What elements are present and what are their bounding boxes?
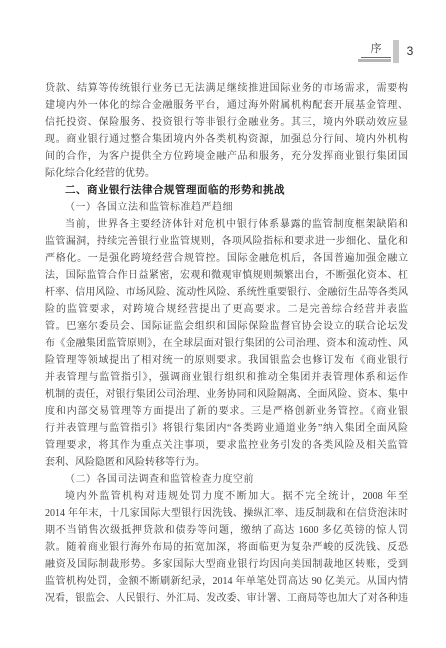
text-line: 际化综合化经营的优势。 — [45, 165, 408, 182]
text-line: 间的合作，为客户提供全方位跨境金融产品和服务，充分发挥商业银行集团国 — [45, 148, 408, 165]
header-rule-thin — [361, 57, 391, 58]
text-line: 管。巴塞尔委员会、国际证监会组织和国际保险监督官协会设立的联合论坛发 — [45, 318, 408, 335]
text-line: 现。商业银行通过整合集团境内外各类机构资源，加强总分行间、境内外机构 — [45, 131, 408, 148]
page-number: 3 — [402, 43, 418, 59]
text-line: 况看，银监会、人民银行、外汇局、发改委、审计署、工商局等也加大了对各种违 — [45, 590, 408, 607]
text-line: 贷款、结算等传统银行业务已无法满足继续推进国际业务的市场需求，需要构 — [45, 80, 408, 97]
header-rule-thick — [358, 59, 391, 62]
page-body: 贷款、结算等传统银行业务已无法满足继续推进国际业务的市场需求，需要构建境内外一体… — [45, 80, 408, 607]
text-line: 杆率、信用风险、市场风险、流动性风险、系统性重要银行、金融衍生品等各类风 — [45, 284, 408, 301]
running-head: 序 — [358, 42, 391, 62]
text-line: 法，国际监管合作日益紧密，宏观和微观审慎规则频繁出台，不断强化资本、杠 — [45, 267, 408, 284]
text-line: 监管机构处罚，金额不断刷新纪录，2014 年单笔处罚高达 90 亿美元。从国内情 — [45, 573, 408, 590]
text-line: 境内外监管机构对违规处罚力度不断加大。据不完全统计，2008 年至 — [45, 488, 408, 505]
text-line: 2014 年年末，十几家国际大型银行因洗钱、操纵汇率、违反制裁和在信贷泡沫时 — [45, 505, 408, 522]
subsection-heading: （一）各国立法和监管标准趋严趋细 — [45, 199, 408, 216]
header-divider-bar — [393, 40, 399, 63]
text-line: 融资及国际制裁形势。多家国际大型商业银行均因向美国制裁地区转账，受到 — [45, 556, 408, 573]
text-line: 信托投资、保险服务、投资银行等非银行金融业务。其三，境内外联动效应显 — [45, 114, 408, 131]
text-line: 当前，世界各主要经济体针对危机中银行体系暴露的监管制度框架缺陷和 — [45, 216, 408, 233]
text-line: 险的监管要求，对跨境合规经营提出了更高要求。二是完善综合经营并表监 — [45, 301, 408, 318]
section-label: 序 — [358, 42, 391, 56]
text-line: 行并表管理与监管指引》将银行集团内“各类跨业通道业务”纳入集团全面风险 — [45, 420, 408, 437]
text-line: 布《金融集团监管原则》，在全球层面对银行集团的公司治理、资本和流动性、风 — [45, 335, 408, 352]
text-line: 严格化。一是强化跨境经营合规管控。国际金融危机后，各国普遍加强金融立 — [45, 250, 408, 267]
text-line: 期不当销售次级抵押贷款和债券等问题，缴纳了高达 1600 多亿英镑的惊人罚 — [45, 522, 408, 539]
text-line: 险管理等领域提出了相对统一的原则要求。我国银监会也修订发布《商业银行 — [45, 352, 408, 369]
text-line: 并表管理与监管指引》，强调商业银行组织和推动全集团并表管理体系和运作 — [45, 369, 408, 386]
book-page: 序 3 贷款、结算等传统银行业务已无法满足继续推进国际业务的市场需求，需要构建境… — [0, 0, 446, 648]
subsection-heading: （二）各国司法调查和监管检查力度空前 — [45, 471, 408, 488]
text-line: 机制的责任，对银行集团公司治理、业务协同和风险隔离、全面风险、资本、集中 — [45, 386, 408, 403]
section-heading: 二、商业银行法律合规管理面临的形势和挑战 — [45, 182, 408, 199]
text-line: 监管漏洞，持续完善银行业监管规则，各项风险指标和要求进一步细化、量化和 — [45, 233, 408, 250]
text-line: 套利、风险隐匿和风险转移等行为。 — [45, 454, 408, 471]
text-line: 度和内部交易管理等方面提出了新的要求。三是严格创新业务管控。《商业银 — [45, 403, 408, 420]
text-line: 款。随着商业银行海外布局的拓宽加深，将面临更为复杂严峻的反洗钱、反恐 — [45, 539, 408, 556]
text-line: 建境内外一体化的综合金融服务平台，通过海外附属机构配套开展基金管理、 — [45, 97, 408, 114]
text-line: 管理要求，将其作为重点关注事项，要求监控业务引发的各类风险及相关监管 — [45, 437, 408, 454]
